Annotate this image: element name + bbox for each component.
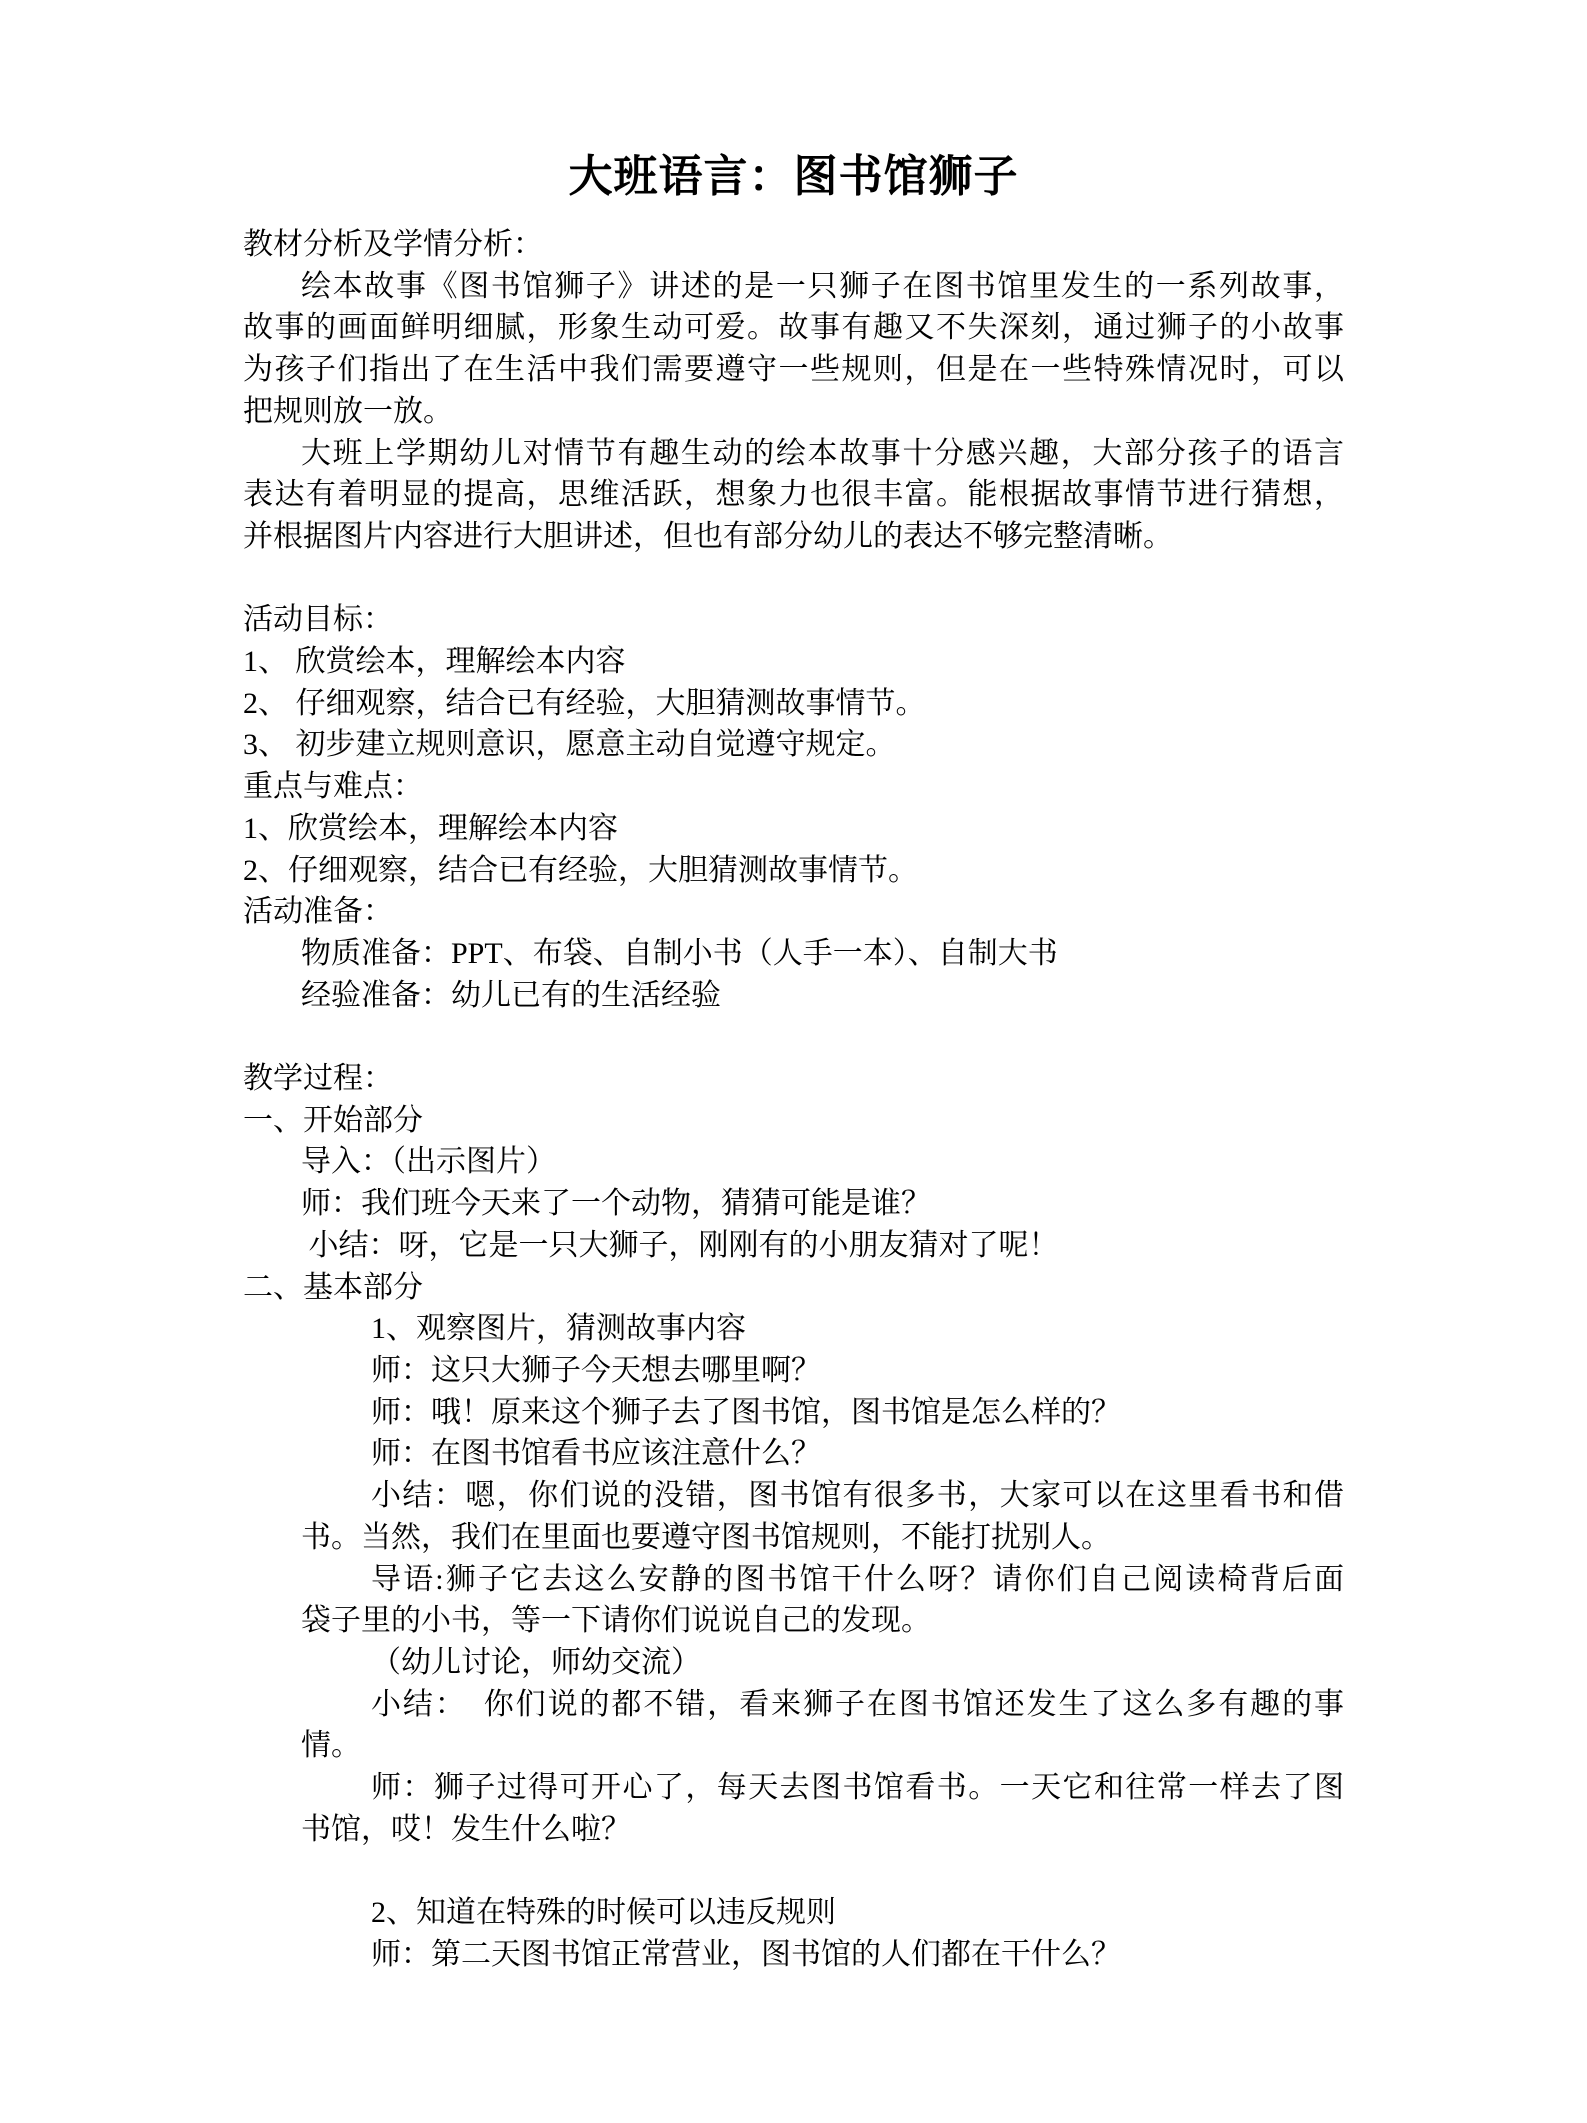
text-line: 故事的画面鲜明细腻，形象生动可爱。故事有趣又不失深刻，通过狮子的小故事 [243,307,1344,349]
text-line: 把规则放一放。 [243,391,1344,433]
text-line: 书馆，哎！发生什么啦？ [243,1809,1344,1851]
text-line: 情。 [243,1725,1344,1767]
text-line: 1、 欣赏绘本，理解绘本内容 [243,641,1344,683]
document-title: 大班语言：图书馆狮子 [0,148,1587,206]
text-line: 1、欣赏绘本，理解绘本内容 [243,808,1344,850]
text-line: 1、观察图片，猜测故事内容 [243,1308,1344,1350]
text-line: 二、基本部分 [243,1267,1344,1309]
text-line: 教材分析及学情分析： [243,224,1344,266]
text-line: 袋子里的小书，等一下请你们说说自己的发现。 [243,1600,1344,1642]
text-line: 经验准备：幼儿已有的生活经验 [243,975,1344,1017]
text-line: 2、知道在特殊的时候可以违反规则 [243,1892,1344,1934]
text-line: 表达有着明显的提高，思维活跃，想象力也很丰富。能根据故事情节进行猜想， [243,474,1344,516]
text-line: 小结：呀，它是一只大狮子，刚刚有的小朋友猜对了呢！ [243,1225,1344,1267]
text-line: 小结：嗯，你们说的没错，图书馆有很多书，大家可以在这里看书和借 [243,1475,1344,1517]
text-line: 活动目标： [243,599,1344,641]
blank-line [243,1016,1344,1058]
text-line: 师：第二天图书馆正常营业，图书馆的人们都在干什么？ [243,1934,1344,1976]
text-line: 绘本故事《图书馆狮子》讲述的是一只狮子在图书馆里发生的一系列故事， [243,266,1344,308]
text-line: 师：哦！原来这个狮子去了图书馆，图书馆是怎么样的？ [243,1392,1344,1434]
text-line: 为孩子们指出了在生活中我们需要遵守一些规则，但是在一些特殊情况时，可以 [243,349,1344,391]
text-line: 并根据图片内容进行大胆讲述，但也有部分幼儿的表达不够完整清晰。 [243,516,1344,558]
text-line: 一、开始部分 [243,1100,1344,1142]
text-line: 小结： 你们说的都不错，看来狮子在图书馆还发生了这么多有趣的事 [243,1684,1344,1726]
text-line: 重点与难点： [243,766,1344,808]
text-line: 书。当然，我们在里面也要遵守图书馆规则，不能打扰别人。 [243,1517,1344,1559]
text-line: 大班上学期幼儿对情节有趣生动的绘本故事十分感兴趣，大部分孩子的语言 [243,433,1344,475]
text-line: 2、仔细观察，结合已有经验，大胆猜测故事情节。 [243,850,1344,892]
text-line: 导语:狮子它去这么安静的图书馆干什么呀？请你们自己阅读椅背后面 [243,1559,1344,1601]
blank-line [243,558,1344,600]
text-line: 教学过程： [243,1058,1344,1100]
text-line: 活动准备： [243,891,1344,933]
document-body: 教材分析及学情分析：绘本故事《图书馆狮子》讲述的是一只狮子在图书馆里发生的一系列… [243,224,1344,1976]
document-page: 大班语言：图书馆狮子 教材分析及学情分析：绘本故事《图书馆狮子》讲述的是一只狮子… [0,0,1587,2123]
blank-line [243,1850,1344,1892]
text-line: 师：我们班今天来了一个动物，猜猜可能是谁？ [243,1183,1344,1225]
text-line: 3、 初步建立规则意识，愿意主动自觉遵守规定。 [243,724,1344,766]
text-line: 2、 仔细观察，结合已有经验，大胆猜测故事情节。 [243,683,1344,725]
text-line: 师：这只大狮子今天想去哪里啊？ [243,1350,1344,1392]
text-line: 导入：（出示图片） [243,1141,1344,1183]
text-line: 师：在图书馆看书应该注意什么？ [243,1433,1344,1475]
text-line: （幼儿讨论，师幼交流） [243,1642,1344,1684]
text-line: 师：狮子过得可开心了，每天去图书馆看书。一天它和往常一样去了图 [243,1767,1344,1809]
text-line: 物质准备：PPT、布袋、自制小书（人手一本）、自制大书 [243,933,1344,975]
